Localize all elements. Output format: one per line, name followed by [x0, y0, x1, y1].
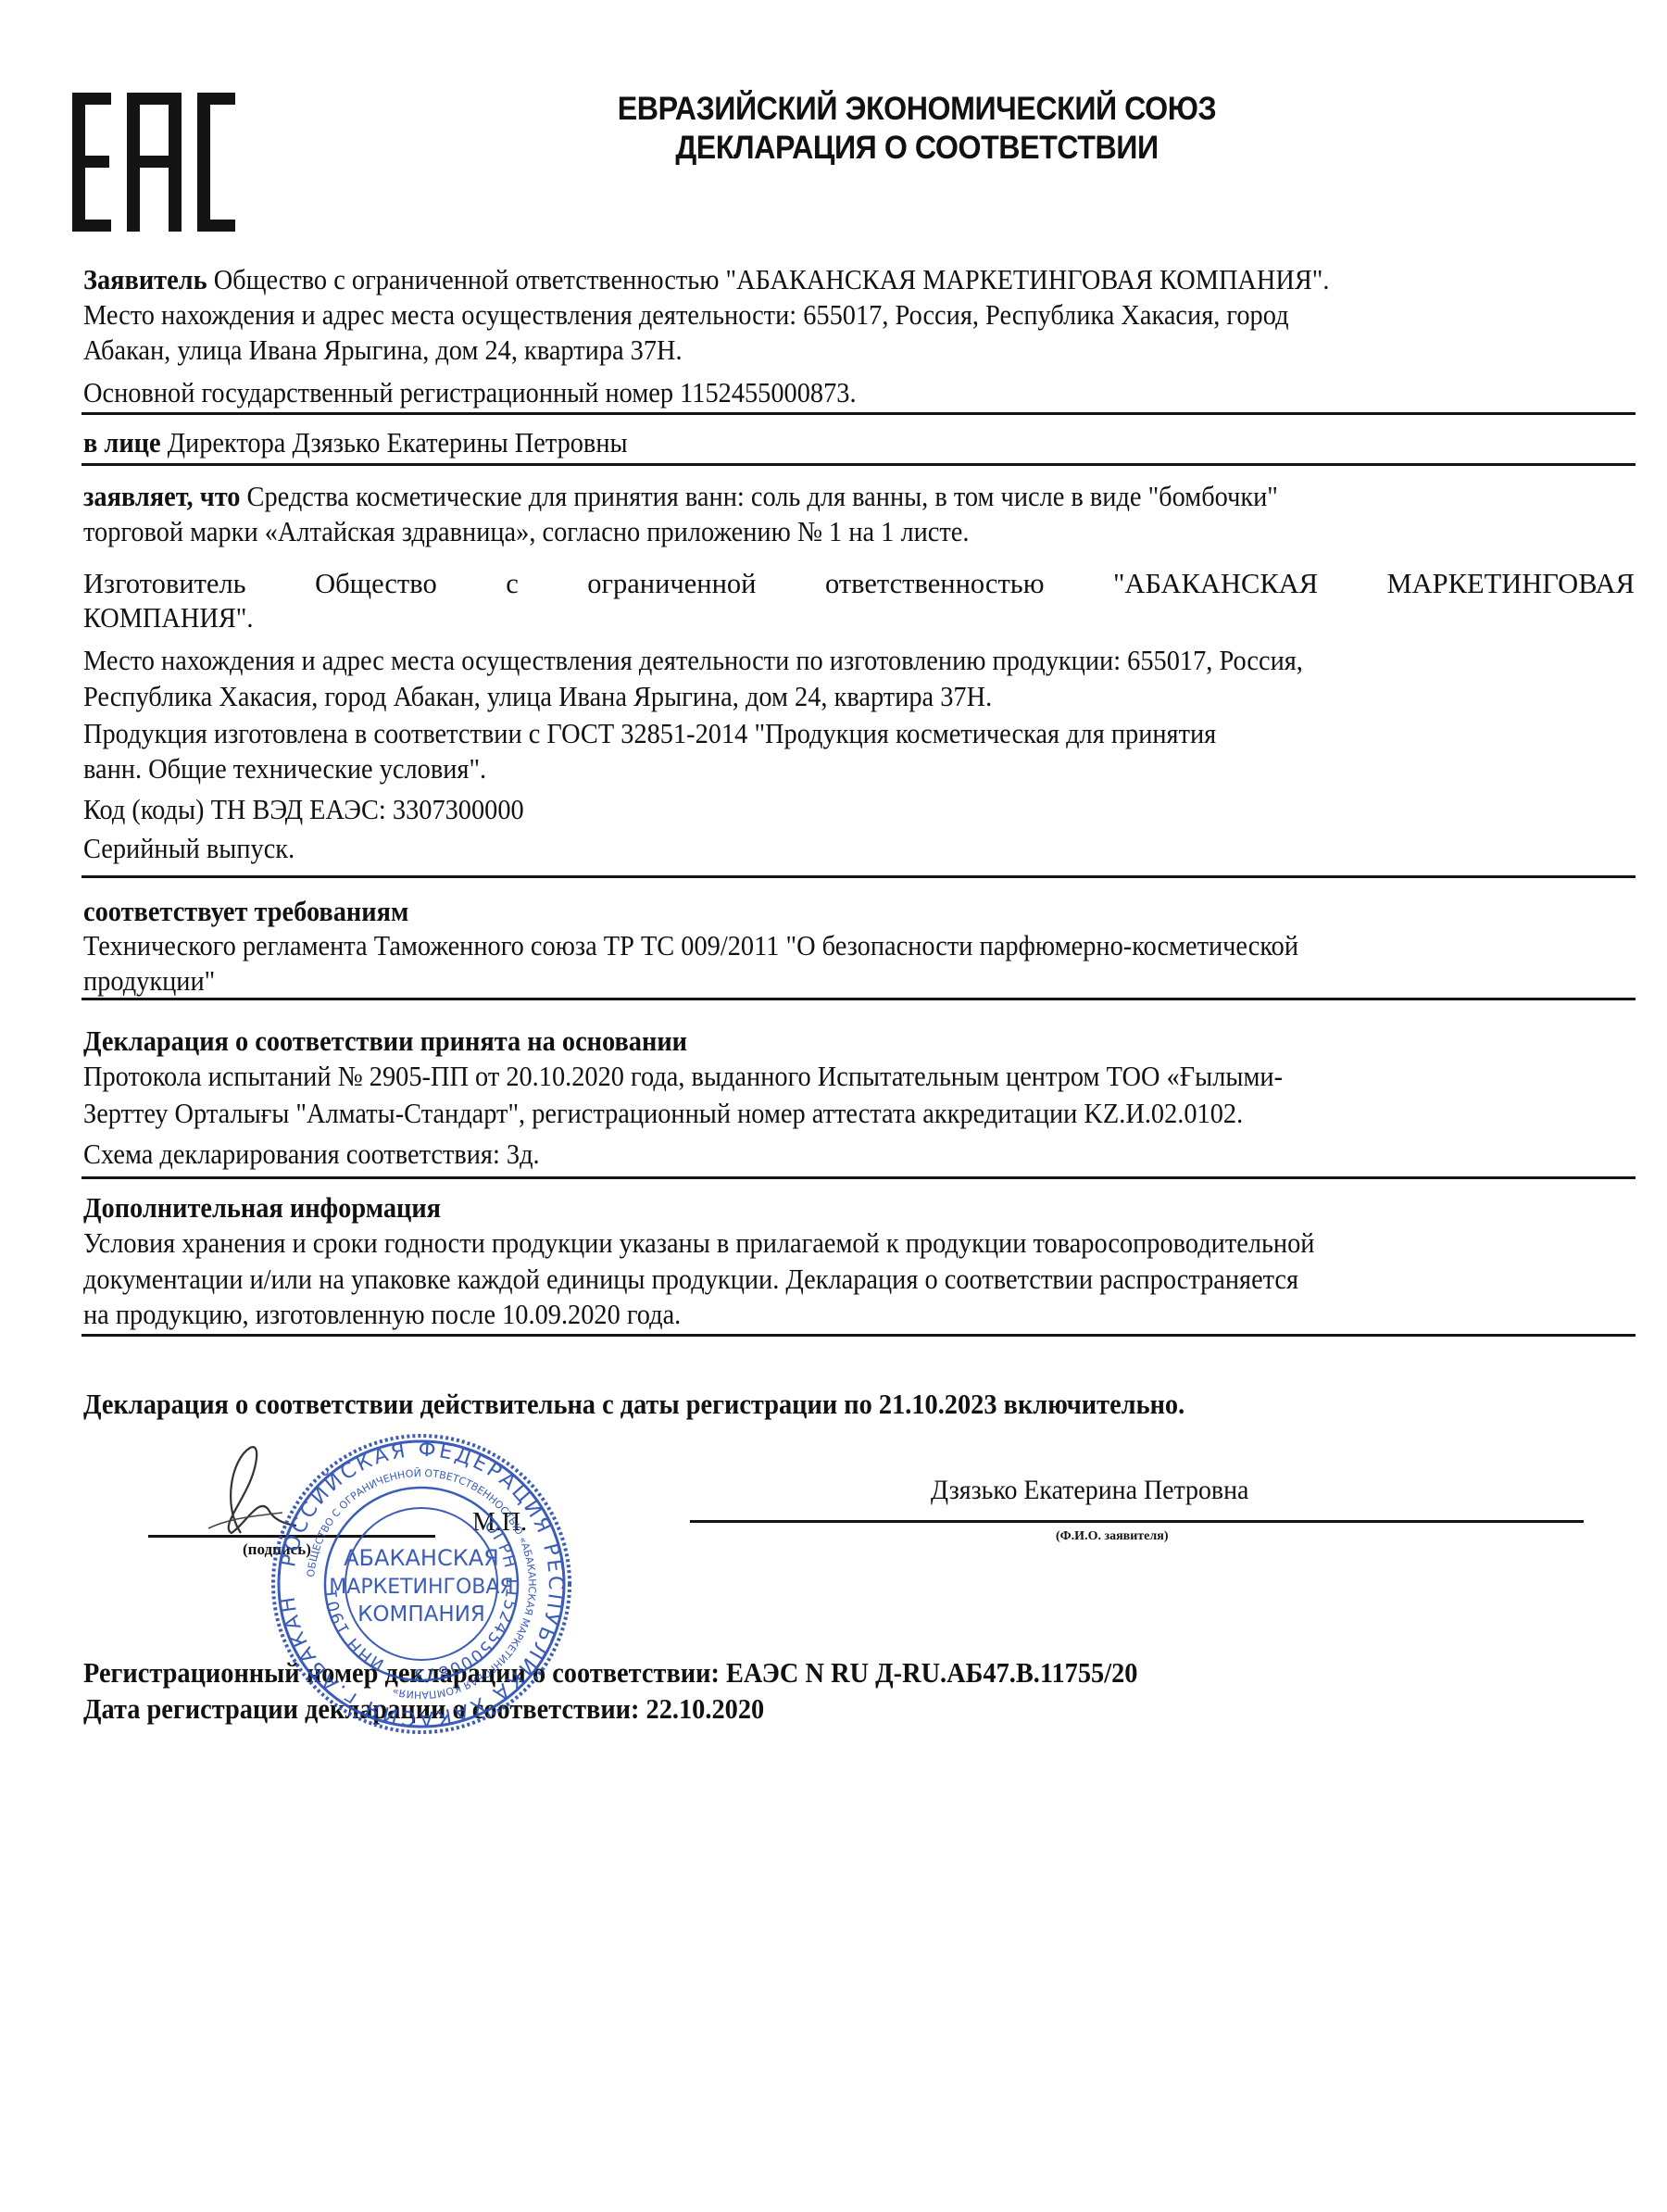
- hs-code: Код (коды) ТН ВЭД ЕАЭС: 3307300000: [83, 793, 524, 826]
- divider: [81, 998, 1636, 1000]
- additional-line-3: на продукцию, изготовленную после 10.09.…: [83, 1298, 681, 1331]
- conformity-line-2: продукции": [83, 964, 215, 998]
- divider: [81, 463, 1636, 466]
- manufacturer-line-1: Изготовитель Общество с ограниченной отв…: [83, 567, 1635, 600]
- manufacturer-word: Изготовитель: [83, 567, 246, 600]
- declares-label: заявляет, что: [83, 481, 240, 512]
- manufacturer-line-6: ванн. Общие технические условия".: [83, 752, 486, 786]
- applicant-ogrn: Основной государственный регистрационный…: [83, 376, 857, 409]
- declares-line-1: заявляет, что Средства косметические для…: [83, 480, 1278, 513]
- basis-line-1: Протокола испытаний № 2905-ПП от 20.10.2…: [83, 1060, 1283, 1093]
- representative-name: Директора Дзязько Екатерины Петровны: [161, 427, 628, 459]
- applicant-line-1: Заявитель Общество с ограниченной ответс…: [83, 263, 1329, 296]
- union-title: ЕВРАЗИЙСКИЙ ЭКОНОМИЧЕСКИЙ СОЮЗ: [550, 91, 1283, 128]
- manufacturer-line-4: Республика Хакасия, город Абакан, улица …: [83, 680, 992, 713]
- svg-text:КОМПАНИЯ: КОМПАНИЯ: [357, 1602, 485, 1627]
- applicant-line-3: Абакан, улица Ивана Ярыгина, дом 24, ква…: [83, 333, 683, 367]
- product-description: Средства косметические для принятия ванн…: [240, 481, 1277, 512]
- manufacturer-line-3: Место нахождения и адрес места осуществл…: [83, 644, 1303, 677]
- manufacturer-line-2: КОМПАНИЯ".: [83, 601, 253, 635]
- svg-text:АБАКАНСКАЯ: АБАКАНСКАЯ: [344, 1545, 499, 1571]
- applicant-full-name: Дзязько Екатерина Петровна: [931, 1475, 1248, 1506]
- serial-release: Серийный выпуск.: [83, 832, 295, 865]
- representative-label: в лице: [83, 427, 161, 459]
- basis-scheme: Схема декларирования соответствия: 3д.: [83, 1137, 540, 1171]
- conformity-line-1: Технического регламента Таможенного союз…: [83, 929, 1298, 962]
- divider: [81, 412, 1636, 415]
- manufacturer-word: ограниченной: [587, 567, 756, 600]
- additional-line-2: документации и/или на упаковке каждой ед…: [83, 1263, 1298, 1296]
- document-title: ДЕКЛАРАЦИЯ О СООТВЕТСТВИИ: [550, 130, 1283, 167]
- additional-heading: Дополнительная информация: [83, 1191, 441, 1225]
- declares-line-2: торговой марки «Алтайская здравница», со…: [83, 515, 969, 548]
- registration-number: Регистрационный номер декларации о соотв…: [83, 1656, 1137, 1690]
- manufacturer-line-5: Продукция изготовлена в соответствии с Г…: [83, 717, 1216, 750]
- validity-statement: Декларация о соответствии действительна …: [83, 1388, 1184, 1421]
- company-stamp-icon: РОССИЙСКАЯ ФЕДЕРАЦИЯ РЕСПУБЛИКА ХАКАСИЯ …: [269, 1431, 574, 1737]
- divider: [81, 1176, 1636, 1179]
- applicant-line-2: Место нахождения и адрес места осуществл…: [83, 298, 1289, 332]
- name-caption: (Ф.И.О. заявителя): [1056, 1529, 1168, 1544]
- applicant-label: Заявитель: [83, 264, 207, 295]
- additional-line-1: Условия хранения и сроки годности продук…: [83, 1226, 1314, 1260]
- divider: [81, 1334, 1636, 1337]
- eac-logo-icon: [72, 93, 235, 232]
- name-line: [690, 1520, 1584, 1523]
- conformity-heading: соответствует требованиям: [83, 895, 408, 928]
- manufacturer-word: с: [506, 567, 519, 600]
- svg-text:МАРКЕТИНГОВАЯ: МАРКЕТИНГОВАЯ: [329, 1576, 513, 1599]
- manufacturer-word: ответственностью: [825, 567, 1044, 600]
- manufacturer-word: МАРКЕТИНГОВАЯ: [1387, 567, 1635, 600]
- basis-heading: Декларация о соответствии принята на осн…: [83, 1024, 687, 1058]
- manufacturer-word: Общество: [315, 567, 437, 600]
- manufacturer-word: "АБАКАНСКАЯ: [1113, 567, 1318, 600]
- divider: [81, 875, 1636, 878]
- basis-line-2: Зерттеу Орталығы "Алматы-Стандарт", реги…: [83, 1097, 1243, 1130]
- representative-line: в лице Директора Дзязько Екатерины Петро…: [83, 426, 628, 459]
- applicant-name: Общество с ограниченной ответственностью…: [207, 264, 1330, 295]
